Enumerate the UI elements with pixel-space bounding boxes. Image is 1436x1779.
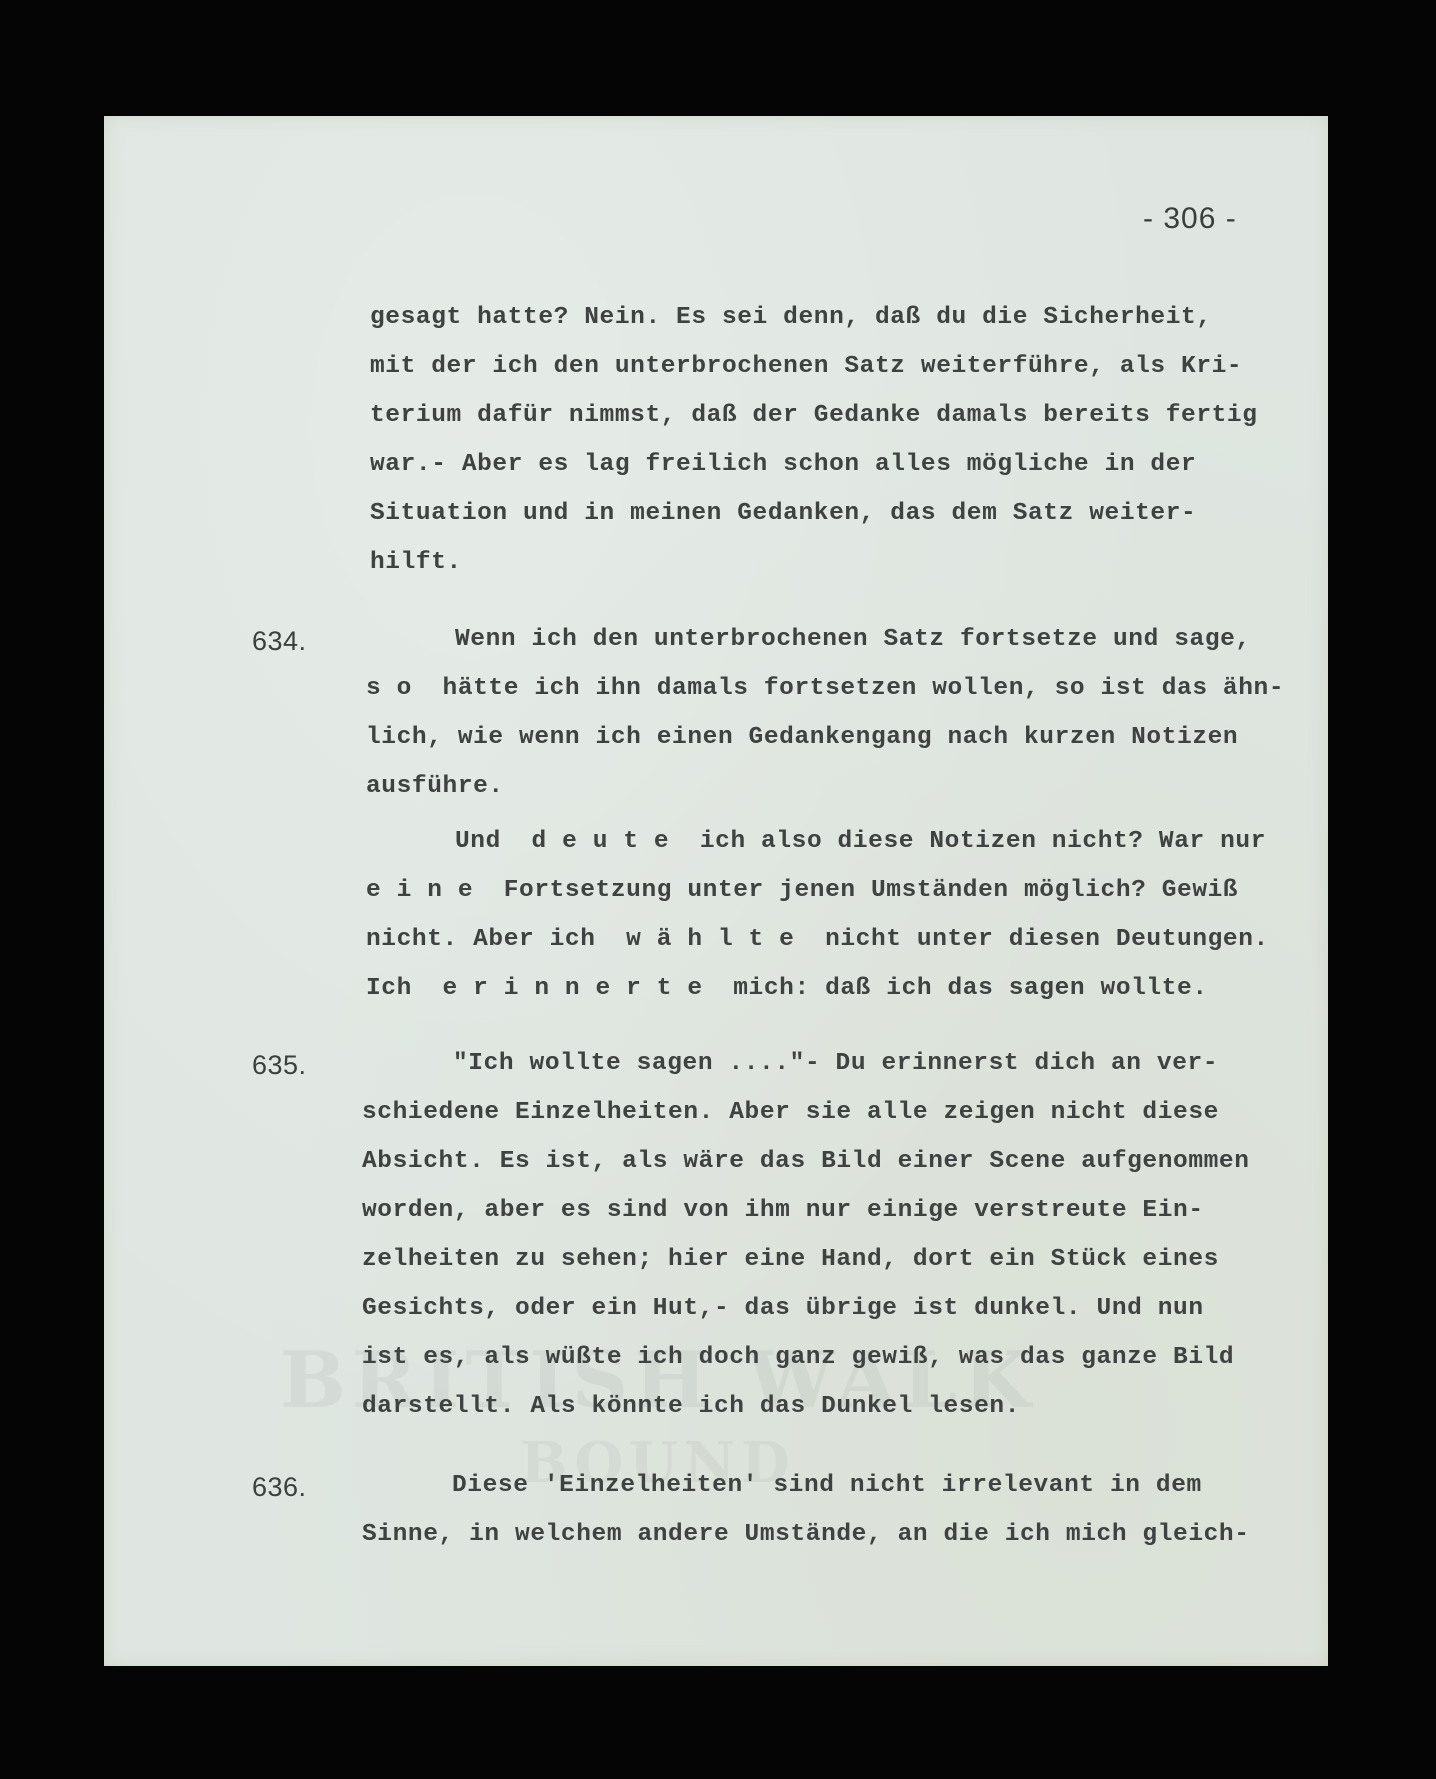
text-line: gesagt hatte? Nein. Es sei denn, daß du … <box>370 306 1212 331</box>
text-line: Gesichts, oder ein Hut,- das übrige ist … <box>362 1297 1204 1322</box>
paragraph-number-635: 635. <box>252 1050 307 1081</box>
paragraph-number-634: 634. <box>252 626 307 657</box>
text-line: war.- Aber es lag freilich schon alles m… <box>370 453 1196 478</box>
text-line: Situation und in meinen Gedanken, das de… <box>370 502 1196 527</box>
text-line: ist es, als wüßte ich doch ganz gewiß, w… <box>362 1346 1234 1371</box>
text-line: terium dafür nimmst, daß der Gedanke dam… <box>370 404 1258 429</box>
text-line: mit der ich den unterbrochenen Satz weit… <box>370 355 1242 380</box>
text-line: Sinne, in welchem andere Umstände, an di… <box>362 1523 1250 1548</box>
text-line: hilft. <box>370 551 462 576</box>
text-line: ausführe. <box>366 775 504 800</box>
text-line: darstellt. Als könnte ich das Dunkel les… <box>362 1395 1020 1420</box>
text-line: Absicht. Es ist, als wäre das Bild einer… <box>362 1150 1250 1175</box>
text-line: Wenn ich den unterbrochenen Satz fortset… <box>455 628 1251 653</box>
text-line: schiedene Einzelheiten. Aber sie alle ze… <box>362 1101 1219 1126</box>
text-line: Ich e r i n n e r t e mich: daß ich das … <box>366 977 1208 1002</box>
text-line: lich, wie wenn ich einen Gedankengang na… <box>366 726 1238 751</box>
text-line: Diese 'Einzelheiten' sind nicht irreleva… <box>452 1474 1202 1499</box>
text-line: s o hätte ich ihn damals fortsetzen woll… <box>366 677 1284 702</box>
text-line: "Ich wollte sagen ...."- Du erinnerst di… <box>453 1052 1218 1077</box>
text-line: worden, aber es sind von ihm nur einige … <box>362 1199 1204 1224</box>
text-line: zelheiten zu sehen; hier eine Hand, dort… <box>362 1248 1219 1273</box>
text-line: Und d e u t e ich also diese Notizen nic… <box>455 830 1266 855</box>
text-line: nicht. Aber ich w ä h l t e nicht unter … <box>366 928 1269 953</box>
page-number: - 306 - <box>1143 202 1237 236</box>
text-line: e i n e Fortsetzung unter jenen Umstände… <box>366 879 1238 904</box>
paragraph-number-636: 636. <box>252 1472 307 1503</box>
